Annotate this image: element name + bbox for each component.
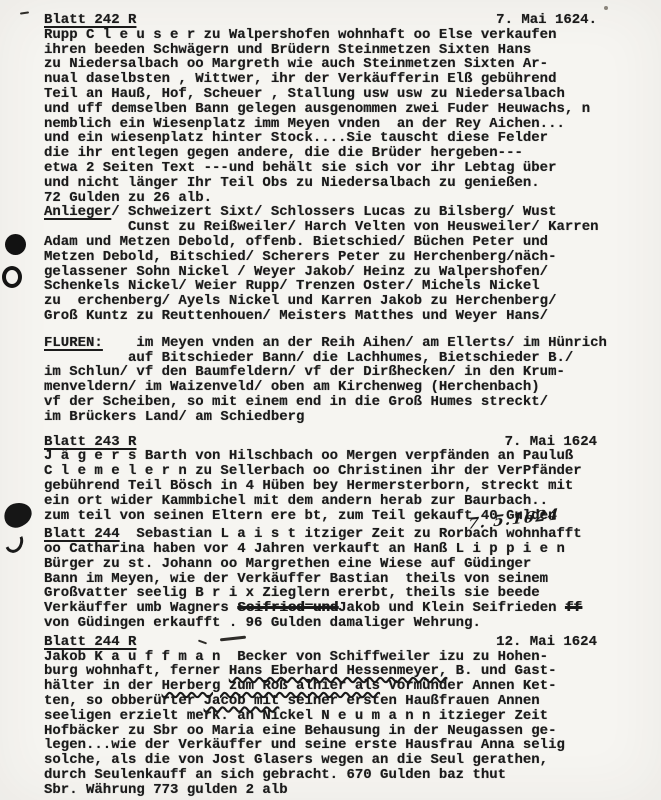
struck-text: Seifried=und: [237, 600, 338, 616]
text-line: gebührend Teil Bösch in 4 Hüben bey Herm…: [44, 479, 643, 494]
entry-title: Blatt 244 R: [44, 635, 136, 650]
entry-blatt-244: Blatt 244 Sebastian L a i s t itziger Ze…: [44, 527, 643, 631]
text-segment: ten, so obberürter: [44, 693, 204, 709]
paragraph: Anlieger/ Schweizert Sixt/ Schlossers Lu…: [44, 205, 643, 323]
paragraph: Jakob K a u f f m a n Becker von Schiffw…: [44, 650, 643, 798]
text-line: und ein wiesenplatz hinter Stock....Sie …: [44, 131, 643, 146]
text-line: hälter in der Herberg zum Roß alhier als…: [44, 679, 643, 694]
text-line: Groß Kuntz zu Reuttenhouen/ Meisters Mat…: [44, 309, 643, 324]
entry-blatt-244r: Blatt 244 R12. Mai 1624Jakob K a u f f m…: [44, 635, 643, 798]
underlined-text: Blatt 244: [44, 526, 120, 542]
text-line: Schenkels Nickel/ Weier Rupp/ Trenzen Os…: [44, 279, 643, 294]
text-line: nual daselbsten , Wittwer, ihr der Verkä…: [44, 72, 643, 87]
text-segment: Sebastian L a i s t itziger Zeit zu Rorb…: [120, 526, 582, 542]
text-line: Bürger zu st. Johann oo Margrethen eine …: [44, 557, 643, 572]
text-line: Blatt 244 Sebastian L a i s t itziger Ze…: [44, 527, 643, 542]
text-segment: Vormünder Annen Ket-: [380, 678, 556, 694]
paragraph: Blatt 244 Sebastian L a i s t itziger Ze…: [44, 527, 643, 631]
entry-title: Blatt 242 R: [44, 13, 136, 28]
text-line: von Güdingen erkaufft . 96 Gulden damali…: [44, 616, 643, 631]
entry-date: 12. Mai 1624: [496, 635, 597, 650]
text-line: FLUREN: im Meyen vnden an der Reih Aihen…: [44, 336, 643, 351]
text-segment: Verkäuffer umb Wagners: [44, 600, 237, 616]
underlined-text: Anlieger: [44, 204, 111, 220]
text-line: die ihr entlegen gegen andere, die die B…: [44, 146, 643, 161]
text-line: Verkäuffer umb Wagners Seifried=undJakob…: [44, 601, 643, 616]
entry-header: Blatt 242 R7. Mai 1624.: [44, 13, 643, 28]
text-line: und uff demselben Bann gelegen ausgenomm…: [44, 102, 643, 117]
text-line: zu Niedersalbach oo Margreth wie auch St…: [44, 57, 643, 72]
text-line: zu erchenberg/ Ayels Nickel und Karren J…: [44, 294, 643, 309]
text-line: im Schlun/ vf den Baumfeldern/ vf der Di…: [44, 365, 643, 380]
text-line: C l e m e l e r n zu Sellerbach oo Chris…: [44, 464, 643, 479]
scanned-document-page: Blatt 242 R7. Mai 1624.Rupp C l e u s e …: [0, 0, 661, 800]
text-line: Cunst zu Reißweiler/ Harch Velten von He…: [44, 220, 643, 235]
text-line: Metzen Debold, Bitschied/ Scherers Peter…: [44, 250, 643, 265]
text-line: solche, als die von Jost Glasers wegen a…: [44, 753, 643, 768]
dot-mark: [5, 234, 26, 255]
text-segment: Jakob und Klein Seifrieden: [338, 600, 565, 616]
arc-mark: [2, 529, 26, 555]
text-line: Anlieger/ Schweizert Sixt/ Schlossers Lu…: [44, 205, 643, 220]
paragraph: FLUREN: im Meyen vnden an der Reih Aihen…: [44, 336, 643, 425]
entry-blatt-242r: Blatt 242 R7. Mai 1624.Rupp C l e u s e …: [44, 13, 643, 324]
underlined-text: Herberg zum Roß alhier als: [162, 678, 380, 694]
blob-mark: [1, 499, 35, 530]
text-line: Adam und Metzen Debold, offenb. Bietschi…: [44, 235, 643, 250]
text-line: J ä g e r s Barth von Hilschbach oo Merg…: [44, 449, 643, 464]
text-line: und nicht länger Ihr Teil Obs zu Nieders…: [44, 176, 643, 191]
document-body: Blatt 242 R7. Mai 1624.Rupp C l e u s e …: [44, 13, 643, 798]
text-segment: / Schweizert Sixt/ Schlossers Lucas zu B…: [111, 204, 556, 220]
text-line: Teil an Hauß, Hof, Scheuer , Stallung us…: [44, 87, 643, 102]
text-segment: seiner ersten Haußfrauen Annen: [279, 693, 539, 709]
entry-date: 7. Mai 1624.: [496, 13, 597, 28]
speck-mark: [604, 6, 608, 10]
underlined-text: FLUREN:: [44, 335, 103, 351]
text-segment: hälter in der: [44, 678, 162, 694]
paragraph: Rupp C l e u s e r zu Walpershofen wohnh…: [44, 28, 643, 206]
text-line: oo Catharina haben vor 4 Jahren verkauft…: [44, 542, 643, 557]
text-line: ten, so obberürter Jacob mit seiner erst…: [44, 694, 643, 709]
text-line: Sbr. Währung 773 gulden 2 alb: [44, 783, 643, 798]
text-line: vf der Scheiben, so mit einem end in die…: [44, 395, 643, 410]
ring-mark: [2, 266, 22, 288]
entry-header: Blatt 244 R12. Mai 1624: [44, 635, 643, 650]
entry-fluren: FLUREN: im Meyen vnden an der Reih Aihen…: [44, 336, 643, 425]
text-line: seeligen erzielt merk. an Nickel N e u m…: [44, 709, 643, 724]
text-segment: im Meyen vnden an der Reih Aihen/ am Ell…: [103, 335, 607, 351]
struck-text: ff: [565, 600, 582, 616]
text-line: im Brückers Land/ am Schiedberg: [44, 410, 643, 425]
dash-mark: [20, 11, 29, 14]
text-line: etwa 2 Seiten Text ---und behält sie sic…: [44, 161, 643, 176]
text-line: durch Seulenkauff an sich gebracht. 670 …: [44, 768, 643, 783]
text-line: Rupp C l e u s e r zu Walpershofen wohnh…: [44, 28, 643, 43]
text-line: menveldern/ im Waizenveld/ oben am Kirch…: [44, 380, 643, 395]
underlined-text: Jacob mit: [204, 693, 280, 709]
